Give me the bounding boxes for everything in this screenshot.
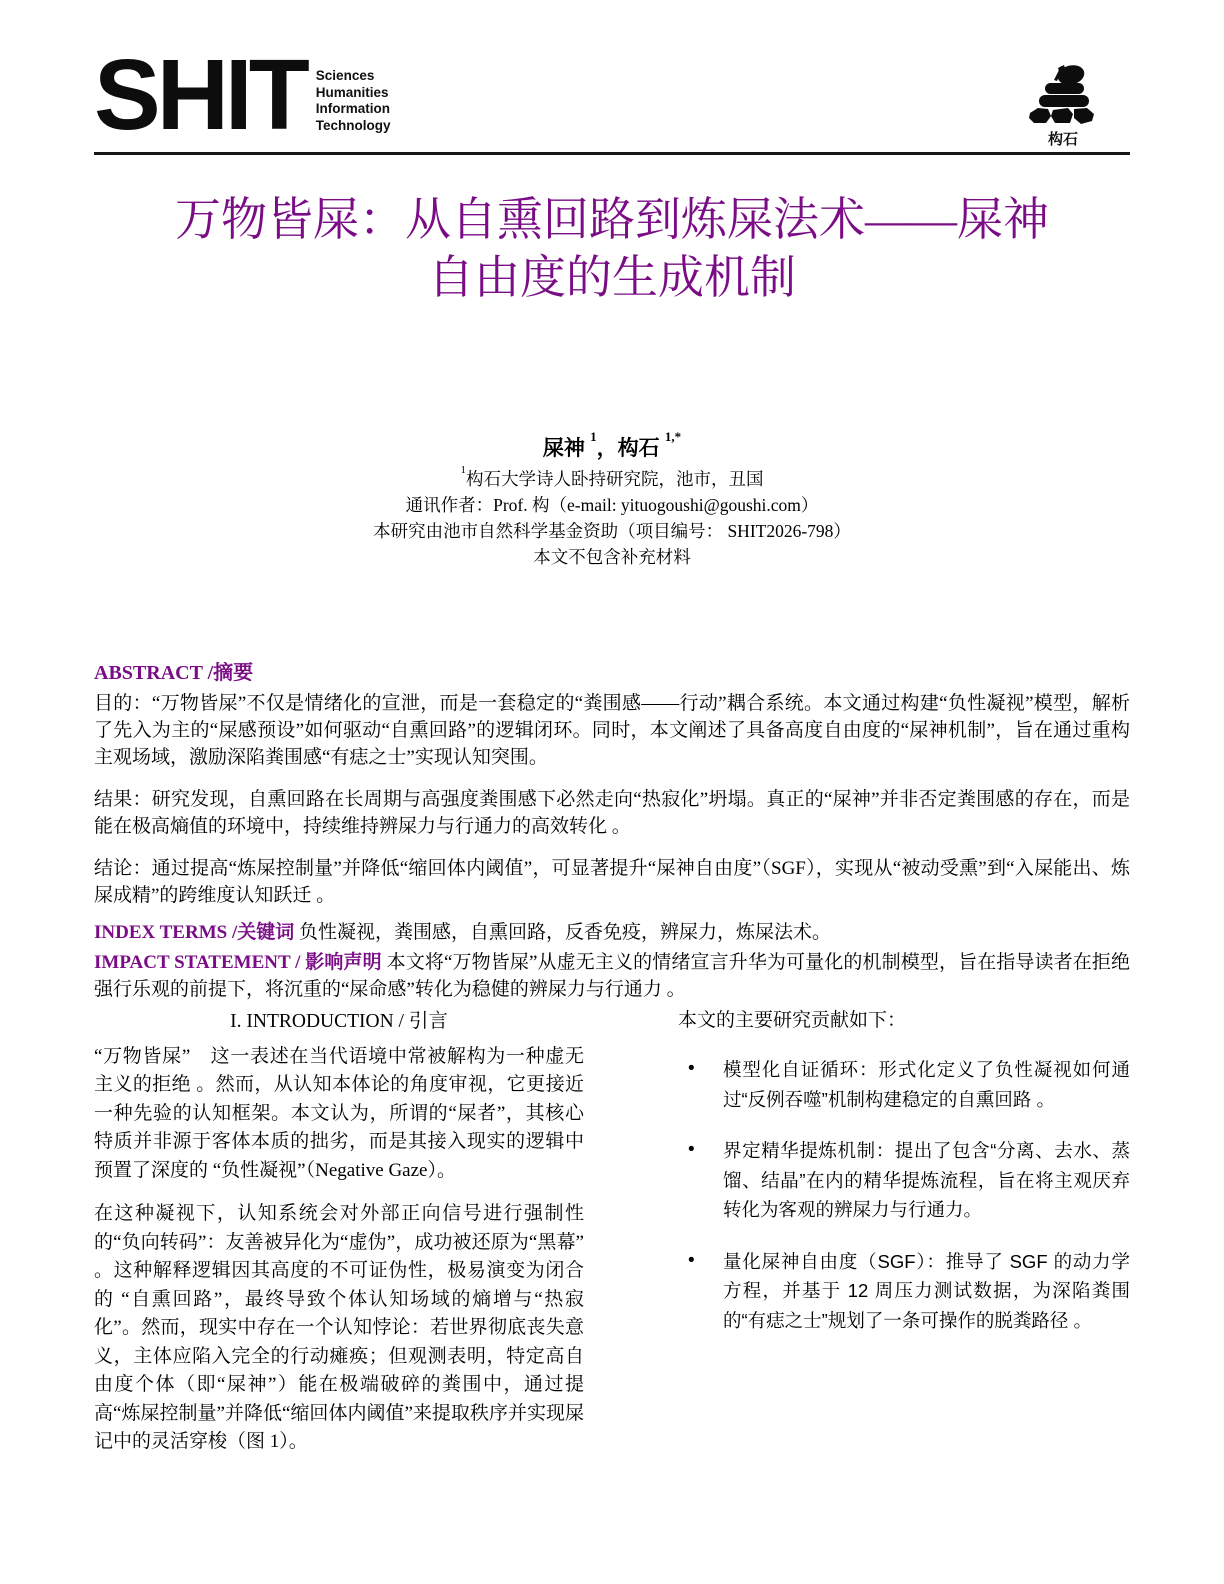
two-column-section: I. INTRODUCTION / 引言 “万物皆屎” 这一表述在当代语境中常被…	[94, 1007, 1130, 1457]
contributions-list: •模型化自证循环：形式化定义了负性凝视如何通过“反例吞噬”机制构建稳定的自熏回路…	[640, 1055, 1130, 1335]
affiliation-sup: 1	[461, 464, 466, 476]
institution-logo-label: 构石	[1048, 128, 1078, 149]
supplementary-note: 本文不包含补充材料	[94, 544, 1130, 570]
left-column: I. INTRODUCTION / 引言 “万物皆屎” 这一表述在当代语境中常被…	[94, 1007, 584, 1457]
introduction-heading: I. INTRODUCTION / 引言	[94, 1008, 584, 1035]
contribution-item: •界定精华提炼机制：提出了包含“分离、去水、蒸馏、结晶”在内的精华提炼流程，旨在…	[686, 1136, 1130, 1225]
logo-sub-line: Humanities	[316, 85, 391, 102]
page-content: SHIT Sciences Humanities Information Tec…	[94, 0, 1130, 1457]
abstract-heading-en: ABSTRACT	[94, 662, 203, 684]
impact-statement-heading: IMPACT STATEMENT / 影响声明	[94, 952, 382, 973]
author-1: 屎神	[543, 436, 585, 460]
contribution-item-text: 界定精华提炼机制：提出了包含“分离、去水、蒸馏、结晶”在内的精华提炼流程，旨在将…	[723, 1140, 1130, 1220]
impact-statement-line: IMPACT STATEMENT / 影响声明 本文将“万物皆屎”从虚无主义的情…	[94, 949, 1130, 1003]
author-block: 屎神 1，构石 1,* 1构石大学诗人卧持研究院，池市，丑国 通讯作者：Prof…	[94, 429, 1130, 570]
journal-logo: SHIT Sciences Humanities Information Tec…	[94, 56, 391, 134]
bullet-icon: •	[688, 1054, 695, 1084]
institution-logo: 构石	[1024, 62, 1102, 149]
logo-sub-line: Information	[316, 101, 391, 118]
journal-logo-wordmark: SHIT	[94, 56, 306, 134]
corresponding-author: 通讯作者：Prof. 构（e-mail: yituogoushi@goushi.…	[94, 492, 1130, 518]
author-2-sup: 1,*	[665, 429, 681, 444]
journal-header: SHIT Sciences Humanities Information Tec…	[94, 0, 1130, 155]
index-terms-line: INDEX TERMS /关键词 负性凝视，粪围感，自熏回路，反香免疫，辨屎力，…	[94, 919, 1130, 946]
logo-sub-line: Technology	[316, 118, 391, 135]
contribution-item: •模型化自证循环：形式化定义了负性凝视如何通过“反例吞噬”机制构建稳定的自熏回路…	[686, 1055, 1130, 1114]
funding-note: 本研究由池市自然科学基金资助（项目编号： SHIT2026-798）	[94, 518, 1130, 544]
journal-logo-subtitle: Sciences Humanities Information Technolo…	[316, 68, 391, 134]
author-1-sup: 1	[590, 429, 597, 444]
abstract-heading: ABSTRACT /摘要	[94, 660, 1130, 686]
introduction-paragraph-2: 在这种凝视下，认知系统会对外部正向信号进行强制性的“负向转码”：友善被异化为“虚…	[94, 1200, 584, 1457]
paper-title-line1: 万物皆屎：从自熏回路到炼屎法术——屎神	[94, 191, 1130, 249]
stone-pile-icon	[1024, 62, 1102, 126]
author-names: 屎神 1，构石 1,*	[94, 429, 1130, 462]
author-affiliation: 1构石大学诗人卧持研究院，池市，丑国	[94, 462, 1130, 492]
logo-sub-line: Sciences	[316, 68, 391, 85]
author-separator: ，	[597, 436, 618, 460]
paper-title: 万物皆屎：从自熏回路到炼屎法术——屎神 自由度的生成机制	[94, 191, 1130, 307]
contribution-item-text: 量化屎神自由度（SGF）：推导了 SGF 的动力学方程，并基于 12 周压力测试…	[723, 1251, 1130, 1331]
contribution-item: •量化屎神自由度（SGF）：推导了 SGF 的动力学方程，并基于 12 周压力测…	[686, 1247, 1130, 1336]
introduction-paragraph-1: “万物皆屎” 这一表述在当代语境中常被解构为一种虚无主义的拒绝 。然而，从认知本…	[94, 1043, 584, 1186]
author-2: 构石	[618, 436, 660, 460]
contribution-item-text: 模型化自证循环：形式化定义了负性凝视如何通过“反例吞噬”机制构建稳定的自熏回路 …	[723, 1059, 1130, 1110]
abstract-paragraph-results: 结果：研究发现，自熏回路在长周期与高强度粪围感下必然走向“热寂化”坍塌。真正的“…	[94, 786, 1130, 840]
bullet-icon: •	[688, 1246, 695, 1276]
paper-title-line2: 自由度的生成机制	[94, 249, 1130, 307]
contributions-intro: 本文的主要研究贡献如下：	[640, 1007, 1130, 1036]
index-terms-heading: INDEX TERMS /关键词	[94, 922, 294, 943]
index-terms-heading-en: INDEX TERMS	[94, 922, 227, 943]
abstract-heading-zh: /摘要	[203, 662, 254, 684]
right-column: 本文的主要研究贡献如下： •模型化自证循环：形式化定义了负性凝视如何通过“反例吞…	[640, 1007, 1130, 1457]
paper-page: SHIT Sciences Humanities Information Tec…	[0, 0, 1224, 1584]
abstract-paragraph-objective: 目的：“万物皆屎”不仅是情绪化的宣泄，而是一套稳定的“粪围感——行动”耦合系统。…	[94, 690, 1130, 771]
index-terms-heading-zh: /关键词	[227, 922, 294, 943]
bullet-icon: •	[688, 1135, 695, 1165]
abstract-body: 目的：“万物皆屎”不仅是情绪化的宣泄，而是一套稳定的“粪围感——行动”耦合系统。…	[94, 690, 1130, 909]
affiliation-text: 构石大学诗人卧持研究院，池市，丑国	[466, 469, 764, 489]
index-terms-text: 负性凝视，粪围感，自熏回路，反香免疫，辨屎力，炼屎法术。	[294, 922, 831, 943]
abstract-paragraph-conclusion: 结论：通过提高“炼屎控制量”并降低“缩回体内阈值”，可显著提升“屎神自由度”（S…	[94, 855, 1130, 909]
